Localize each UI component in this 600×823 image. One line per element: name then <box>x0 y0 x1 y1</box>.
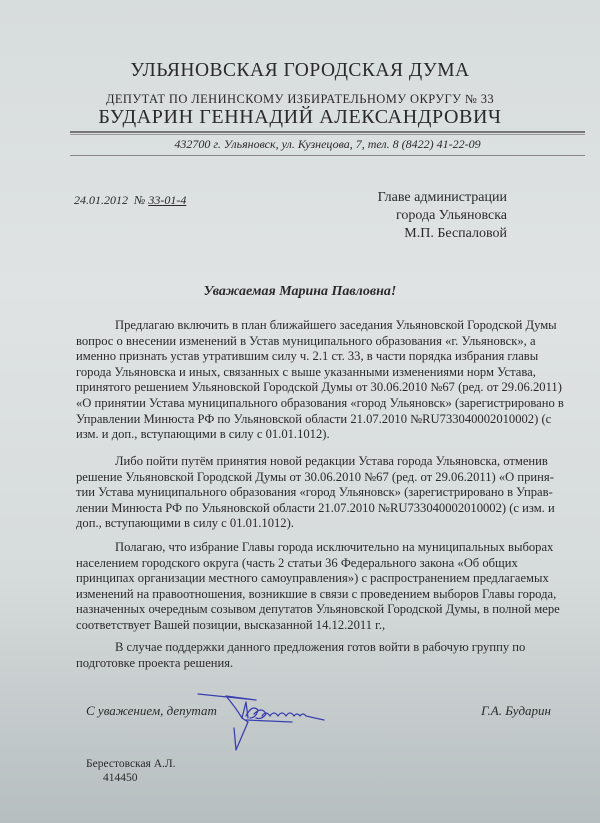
paragraph-text: Предлагаю включить в план ближайшего зас… <box>76 318 568 443</box>
paragraph-4: В случае поддержки данного предложения г… <box>76 640 568 671</box>
paragraph-text: Полагаю, что избрание Главы города исклю… <box>76 540 568 634</box>
addressee-line-1: Главе администрации <box>378 189 507 207</box>
addressee-line-3: М.П. Беспаловой <box>378 225 507 243</box>
letterhead-divider-top-thin <box>70 134 585 135</box>
reference-number: 33-01-4 <box>148 193 186 207</box>
executor-phone: 414450 <box>86 771 176 785</box>
addressee-line-2: города Ульяновска <box>378 207 507 225</box>
reference-date: 24.01.2012 <box>74 193 128 207</box>
paragraph-1: Предлагаю включить в план ближайшего зас… <box>76 318 568 443</box>
executor-block: Берестовская А.Л. 414450 <box>86 757 176 785</box>
reference-line: 24.01.2012 № 33-01-4 <box>74 193 186 208</box>
paragraph-text: В случае поддержки данного предложения г… <box>76 640 568 671</box>
letter-page: УЛЬЯНОВСКАЯ ГОРОДСКАЯ ДУМА ДЕПУТАТ ПО ЛЕ… <box>0 0 600 823</box>
letterhead-name: БУДАРИН ГЕННАДИЙ АЛЕКСАНДРОВИЧ <box>0 106 600 129</box>
executor-name: Берестовская А.Л. <box>86 757 176 771</box>
addressee-block: Главе администрации города Ульяновска М.… <box>378 189 507 243</box>
signatory-name: Г.А. Бударин <box>481 703 551 719</box>
paragraph-3: Полагаю, что избрание Главы города исклю… <box>76 540 568 634</box>
paragraph-text: Либо пойти путём принятия новой редакции… <box>76 454 568 532</box>
letterhead-position: ДЕПУТАТ ПО ЛЕНИНСКОМУ ИЗБИРАТЕЛЬНОМУ ОКР… <box>0 92 600 107</box>
letterhead-address: 432700 г. Ульяновск, ул. Кузнецова, 7, т… <box>70 137 585 152</box>
letterhead-divider-bottom <box>70 155 585 156</box>
greeting: Уважаемая Марина Павловна! <box>0 284 600 300</box>
handwritten-signature-icon <box>196 688 336 758</box>
letterhead-organization: УЛЬЯНОВСКАЯ ГОРОДСКАЯ ДУМА <box>0 60 600 82</box>
reference-number-prefix: № <box>134 193 145 207</box>
letterhead-divider-top <box>70 131 585 133</box>
paragraph-2: Либо пойти путём принятия новой редакции… <box>76 454 568 532</box>
